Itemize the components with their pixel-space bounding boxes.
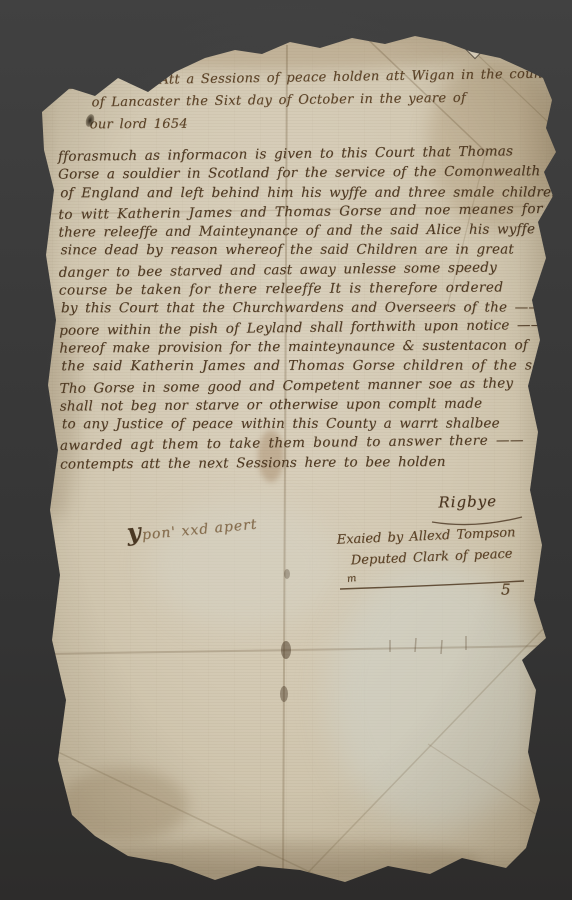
photograph-background: Att a Sessions of peace holden att Wigan… (0, 0, 572, 900)
manuscript-page: Att a Sessions of peace holden att Wigan… (0, 0, 572, 900)
filing-mark-left: m (346, 573, 357, 585)
heading-line: of Lancaster the Sixt day of October in … (91, 91, 466, 111)
body-line: hereof make provision for the mainteynau… (59, 337, 559, 360)
body-line: Gorse a souldier in Scotland for the ser… (58, 163, 558, 186)
filing-mark-right: 5 (501, 580, 511, 598)
justice-signature: Rigbye (438, 492, 497, 511)
heading: Att a Sessions of peace holden att Wigan… (0, 0, 569, 2)
body-line: contempts att the next Sessions here to … (60, 453, 560, 476)
wormhole (61, 74, 83, 91)
clerk-attestation-line2: Deputed Clark of peace (351, 547, 513, 569)
heading-date-line: our lord 1654 (90, 117, 188, 133)
marginal-annotation: ypon' xxd apert (126, 507, 259, 547)
corner-mark-number: 1 (468, 41, 482, 55)
heading-line: Att a Sessions of peace holden att Wigan… (159, 66, 560, 87)
manuscript-text: Att a Sessions of peace holden att Wigan… (0, 0, 572, 900)
order-body: fforasmuch as informacon is given to thi… (58, 144, 560, 476)
ink-slash-mark (62, 44, 74, 60)
clerk-attestation-line1: Exaied by Allexd Tompson (336, 525, 515, 547)
body-line: shall not beg nor starve or otherwise up… (60, 395, 560, 418)
